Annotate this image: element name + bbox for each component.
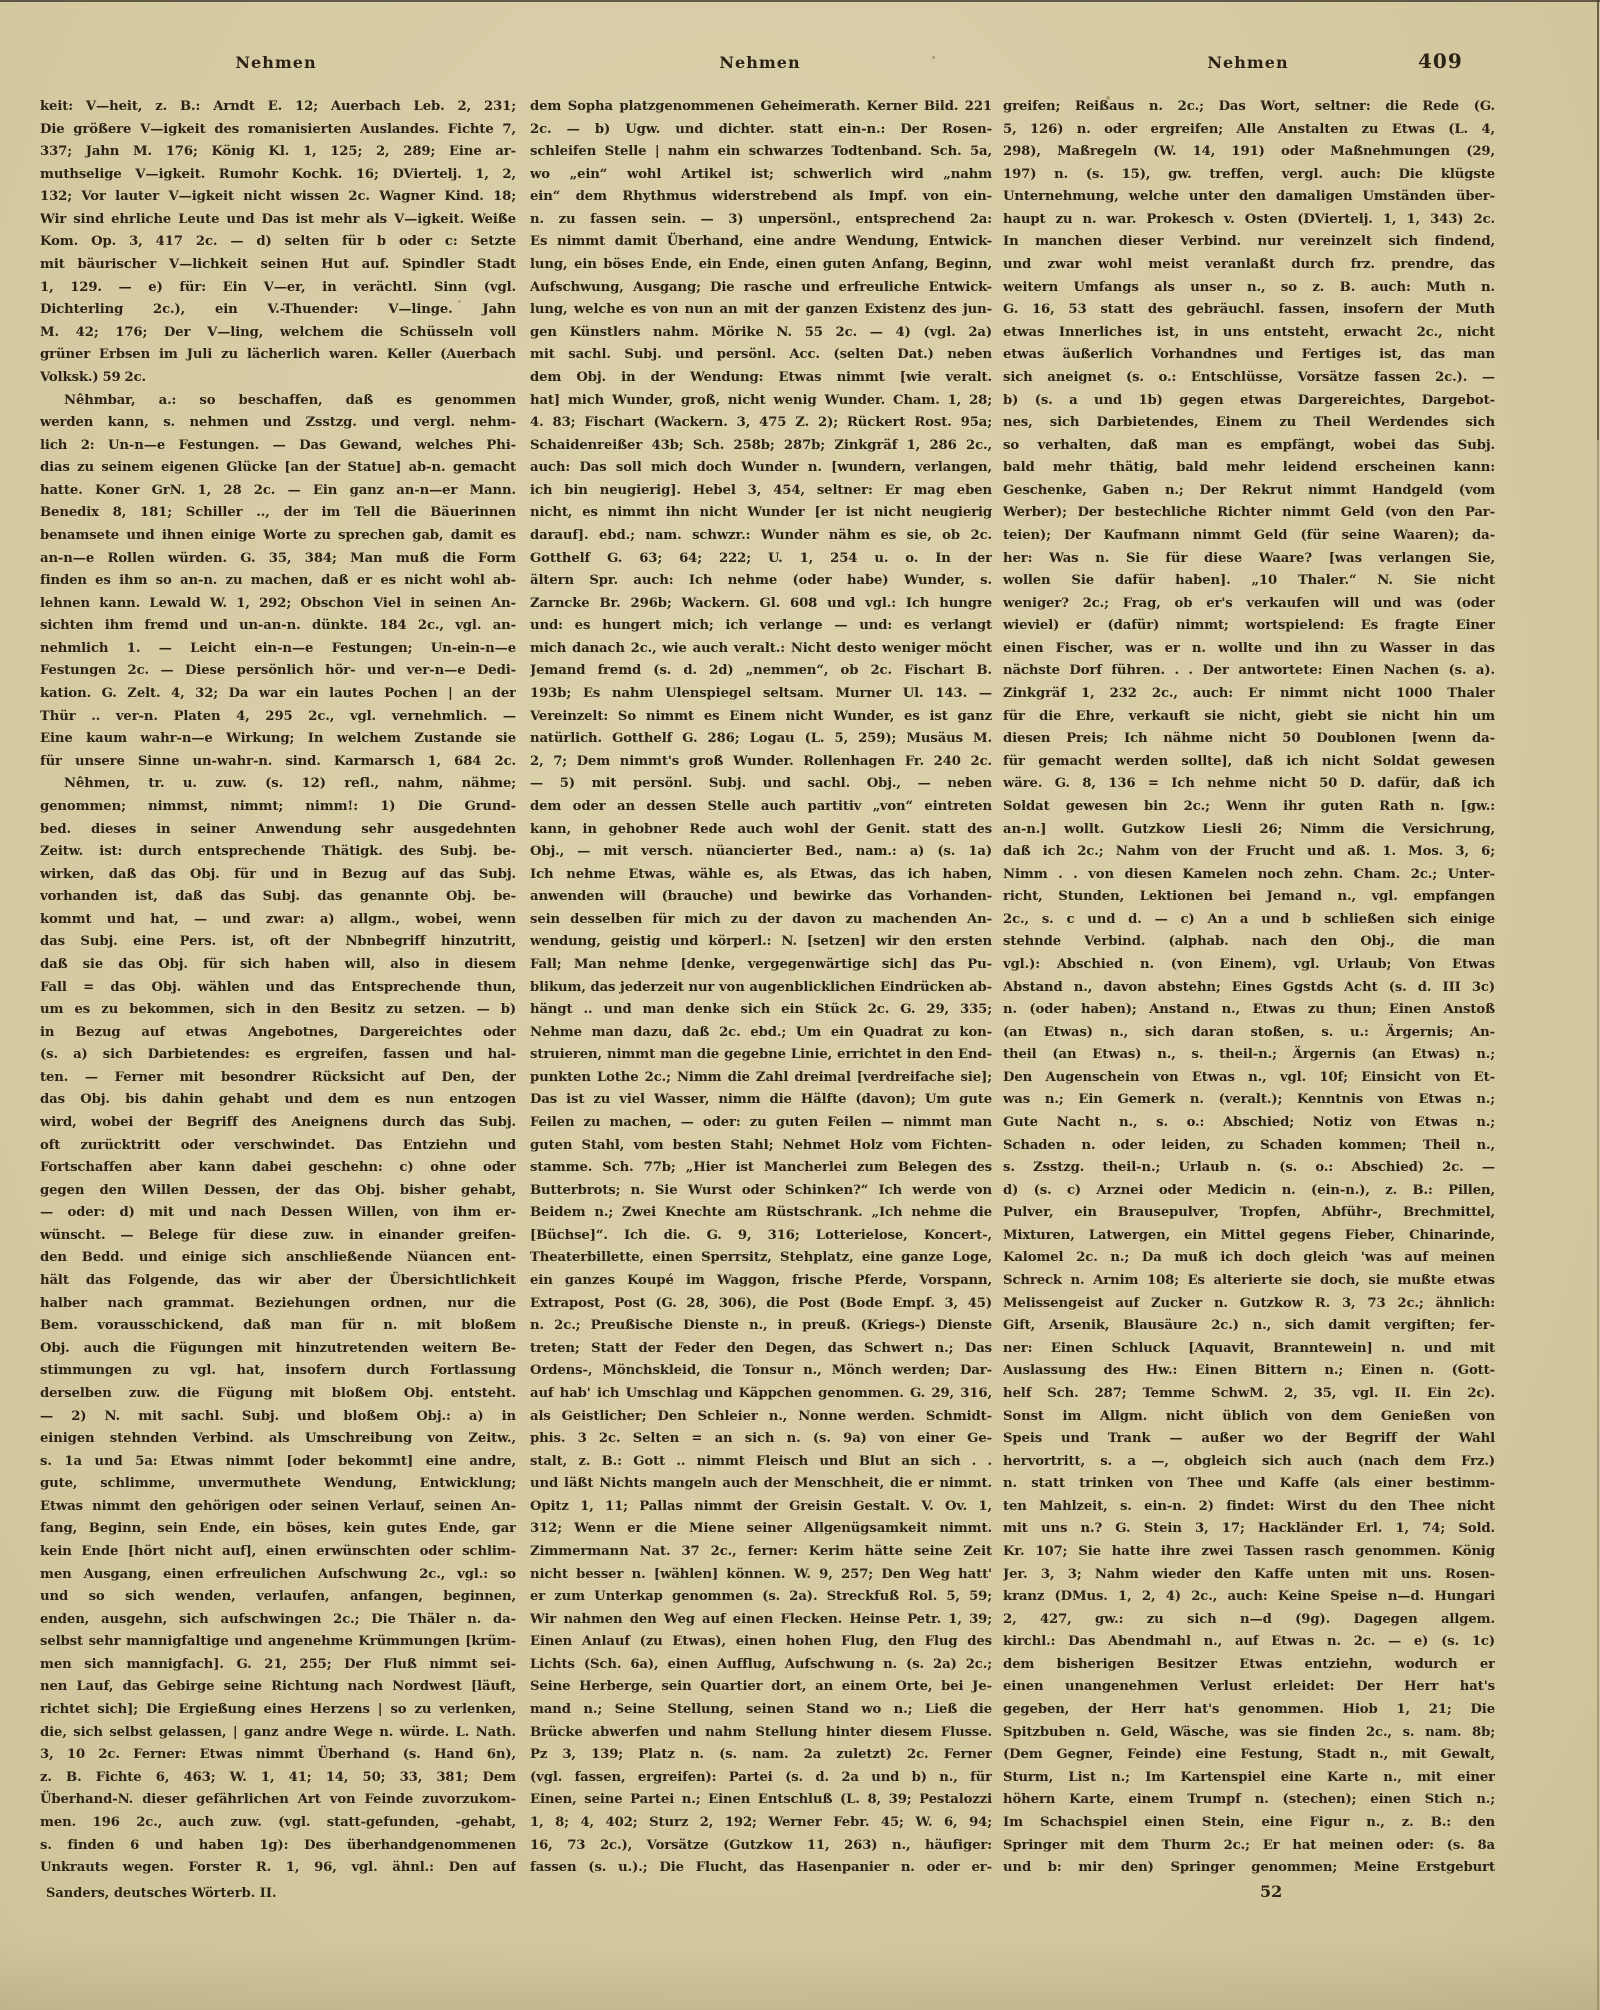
text-line: (an Etwas) n., sich daran stoßen, s. u.:… bbox=[1003, 1022, 1495, 1045]
text-line: Auslassung des Hw.: Einen Bittern n.; Ei… bbox=[1003, 1360, 1495, 1383]
text-line: Schaidenreißer 43b; Sch. 258b; 287b; Zin… bbox=[530, 435, 992, 458]
text-line: kein Ende [hört nicht auf], einen erwüns… bbox=[40, 1541, 516, 1564]
text-line: mit bäurischer V—lichkeit seinen Hut auf… bbox=[40, 254, 516, 277]
text-line: teien); Der Kaufmann nimmt Geld (für sei… bbox=[1003, 525, 1495, 548]
text-column-1: keit: V—heit, z. B.: Arndt E. 12; Auerba… bbox=[40, 96, 516, 1880]
text-line: oft zurücktritt oder verschwindet. Das E… bbox=[40, 1135, 516, 1158]
text-line: guten Stahl, vom besten Stahl; Nehmet Ho… bbox=[530, 1135, 992, 1158]
text-line: und läßt Nichts mangeln auch der Menschh… bbox=[530, 1473, 992, 1496]
text-line: z. B. Fichte 6, 463; W. 1, 41; 14, 50; 3… bbox=[40, 1767, 516, 1790]
text-line: 2, 427, gw.: zu sich n—d (9g). Dagegen a… bbox=[1003, 1609, 1495, 1632]
text-line: lung, ein böses Ende, ein Ende, einen gu… bbox=[530, 254, 992, 277]
text-line: Pulver, ein Brausepulver, Tropfen, Abfüh… bbox=[1003, 1202, 1495, 1225]
text-line: so verhalten, daß man es empfängt, wobei… bbox=[1003, 435, 1495, 458]
text-line: dem Sopha platzgenommenen Geheimerath. K… bbox=[530, 96, 992, 119]
text-line: anwenden will (brauche) und bewirke das … bbox=[530, 886, 992, 909]
text-line: enden, ausgehn, sich aufschwingen 2c.; D… bbox=[40, 1609, 516, 1632]
text-line: blikum, das jederzeit nur von augenblick… bbox=[530, 977, 992, 1000]
text-line: men Ausgang, einen erfreulichen Aufschwu… bbox=[40, 1564, 516, 1587]
text-line: für unsere Sinne un-wahr-n. sind. Karmar… bbox=[40, 751, 516, 774]
text-line: n. statt trinken von Thee und Kaffe (als… bbox=[1003, 1473, 1495, 1496]
text-line: s. 1a und 5a: Etwas nimmt [oder bekommt]… bbox=[40, 1451, 516, 1474]
text-line: 1, 8; 4, 402; Sturz 2, 192; Werner Febr.… bbox=[530, 1812, 992, 1835]
text-line: auf hab' ich Umschlag und Käppchen genom… bbox=[530, 1383, 992, 1406]
text-line: hervortritt, s. a —, obgleich sich auch … bbox=[1003, 1451, 1495, 1474]
footer-sheet-number: 52 bbox=[1260, 1882, 1282, 1901]
text-line: hatte. Koner GrN. 1, 28 2c. — Ein ganz a… bbox=[40, 480, 516, 503]
text-line: Gift, Arsenik, Blausäure 2c.) n., sich d… bbox=[1003, 1315, 1495, 1338]
text-line: Dichterling 2c.), ein V.-Thuender: V—lin… bbox=[40, 299, 516, 322]
text-line: und b: mir den) Springer genommen; Meine… bbox=[1003, 1857, 1495, 1880]
text-line: punkten Lothe 2c.; Nimm die Zahl dreimal… bbox=[530, 1067, 992, 1090]
text-line: als Geistlicher; Den Schleier n., Nonne … bbox=[530, 1406, 992, 1429]
text-line: (s. a) sich Darbietendes: es ergreifen, … bbox=[40, 1044, 516, 1067]
text-line: darauf]. ebd.; nam. schwzr.: Wunder nähm… bbox=[530, 525, 992, 548]
text-line: Zarncke Br. 296b; Wackern. Gl. 608 und v… bbox=[530, 593, 992, 616]
text-line: M. 42; 176; Der V—ling, welchem die Schü… bbox=[40, 322, 516, 345]
text-line: kann, in gehobner Rede auch wohl der Gen… bbox=[530, 819, 992, 842]
text-line: den Bedd. und einige sich anschließende … bbox=[40, 1247, 516, 1270]
text-line: sichten ihm fremd und un-an-n. dünkte. 1… bbox=[40, 615, 516, 638]
text-line: kation. G. Zelt. 4, 32; Da war ein laute… bbox=[40, 683, 516, 706]
text-line: richt, Stunden, Lektionen bei Jemand n.,… bbox=[1003, 886, 1495, 909]
text-line: Festungen 2c. — Diese persönlich hör- un… bbox=[40, 660, 516, 683]
text-line: Nehme man dazu, daß 2c. ebd.; Um ein Qua… bbox=[530, 1022, 992, 1045]
text-line: in Bezug auf etwas Angebotnes, Dargereic… bbox=[40, 1022, 516, 1045]
text-line: an-n.] wollt. Gutzkow Liesli 26; Nimm di… bbox=[1003, 819, 1495, 842]
text-line: ich bin neugierig]. Hebel 3, 454, seltne… bbox=[530, 480, 992, 503]
text-line: Wir sind ehrliche Leute und Das ist mehr… bbox=[40, 209, 516, 232]
text-line: treten; Statt der Feder den Degen, das S… bbox=[530, 1338, 992, 1361]
text-line: genommen; nimmst, nimmt; nimm!: 1) Die G… bbox=[40, 796, 516, 819]
text-line: etwas Innerliches ist, in uns entsteht, … bbox=[1003, 322, 1495, 345]
text-line: Speis und Trank — außer wo der Begriff d… bbox=[1003, 1428, 1495, 1451]
text-line: fang, Beginn, sein Ende, ein böses, kein… bbox=[40, 1518, 516, 1541]
text-line: dem bisherigen Besitzer Etwas entziehn, … bbox=[1003, 1654, 1495, 1677]
text-line: 2c., s. c und d. — c) An a und b schließ… bbox=[1003, 909, 1495, 932]
text-line: Theaterbillette, einen Sperrsitz, Stehpl… bbox=[530, 1247, 992, 1270]
text-line: daß sie das Obj. für sich haben will, al… bbox=[40, 954, 516, 977]
running-title-col1: Nehmen bbox=[235, 53, 316, 72]
text-line: lung, welche es von nun an mit der ganze… bbox=[530, 299, 992, 322]
text-line: [Büchse]“. Ich die. G. 9, 316; Lotteriel… bbox=[530, 1225, 992, 1248]
text-line: Brücke abwerfen und nahm Stellung hinter… bbox=[530, 1722, 992, 1745]
text-line: benamsete und ihnen einige Worte zu spre… bbox=[40, 525, 516, 548]
text-line: Zimmermann Nat. 37 2c., ferner: Kerim hä… bbox=[530, 1541, 992, 1564]
text-line: Den Augenschein von Etwas n., vgl. 10f; … bbox=[1003, 1067, 1495, 1090]
text-line: Benedix 8, 181; Schiller .., der im Tell… bbox=[40, 502, 516, 525]
text-line: vorhanden ist, daß das Subj. das genannt… bbox=[40, 886, 516, 909]
text-line: gute, schlimme, unvermuthete Wendung, En… bbox=[40, 1473, 516, 1496]
text-line: fassen (s. u.).; Die Flucht, das Hasenpa… bbox=[530, 1857, 992, 1880]
text-line: nen Lauf, das Gebirge seine Richtung nac… bbox=[40, 1676, 516, 1699]
text-line: Butterbrots; n. Sie Wurst oder Schinken?… bbox=[530, 1180, 992, 1203]
text-line: Seine Herberge, sein Quartier dort, an e… bbox=[530, 1676, 992, 1699]
text-line: Kom. Op. 3, 417 2c. — d) selten für b od… bbox=[40, 231, 516, 254]
text-line: men. 196 2c., auch zuw. (vgl. statt-gefu… bbox=[40, 1812, 516, 1835]
text-line: einigen stehnden Verbind. als Umschreibu… bbox=[40, 1428, 516, 1451]
text-line: (Dem Gegner, Feinde) eine Festung, Stadt… bbox=[1003, 1744, 1495, 1767]
text-line: struieren, nimmt man die gegebne Linie, … bbox=[530, 1044, 992, 1067]
text-line: Nêhmen, tr. u. zuw. (s. 12) refl., nahm,… bbox=[40, 773, 516, 796]
text-line: und: es hungert mich; ich verlange — und… bbox=[530, 615, 992, 638]
text-line: das Obj. bis dahin gehabt und dem es nun… bbox=[40, 1089, 516, 1112]
text-line: Zinkgräf 1, 232 2c., auch: Er nimmt nich… bbox=[1003, 683, 1495, 706]
text-line: 5, 126) n. oder ergreifen; Alle Anstalte… bbox=[1003, 119, 1495, 142]
text-line: Einen, seine Partei n.; Einen Entschluß … bbox=[530, 1789, 992, 1812]
text-line: Unternehmung, welche unter den damaligen… bbox=[1003, 186, 1495, 209]
text-line: für gemacht werden sollte], daß ich nich… bbox=[1003, 751, 1495, 774]
text-line: 132; Vor lauter V—igkeit nicht wissen 2c… bbox=[40, 186, 516, 209]
text-line: und zwar wohl meist veranlaßt durch frz.… bbox=[1003, 254, 1495, 277]
text-line: Soldat gewesen bin 2c.; Wenn ihr guten R… bbox=[1003, 796, 1495, 819]
text-line: lich 2: Un-n—e Festungen. — Das Gewand, … bbox=[40, 435, 516, 458]
text-line: Springer mit dem Thurm 2c.; Er hat meine… bbox=[1003, 1835, 1495, 1858]
text-line: selbst sehr mannigfaltige und angenehme … bbox=[40, 1631, 516, 1654]
text-line: Kr. 107; Sie hatte ihre zwei Tassen rasc… bbox=[1003, 1541, 1495, 1564]
text-line: Vereinzelt: So nimmt es Einem nicht Wund… bbox=[530, 706, 992, 729]
text-line: Unkrauts wegen. Forster R. 1, 96, vgl. ä… bbox=[40, 1857, 516, 1880]
text-line: 1, 129. — e) für: Ein V—er, in verächtl.… bbox=[40, 277, 516, 300]
text-line: kirchl.: Das Abendmahl n., auf Etwas n. … bbox=[1003, 1631, 1495, 1654]
text-line: gegen den Willen Dessen, der das Obj. bi… bbox=[40, 1180, 516, 1203]
text-line: 2c. — b) Ugw. und dichter. statt ein-n.:… bbox=[530, 119, 992, 142]
text-line: Mixturen, Latwergen, ein Mittel gegens F… bbox=[1003, 1225, 1495, 1248]
text-line: Melissengeist auf Zucker n. Gutzkow R. 3… bbox=[1003, 1293, 1495, 1316]
page-number: 409 bbox=[1418, 49, 1463, 73]
text-line: um es zu bekommen, sich in den Besitz zu… bbox=[40, 999, 516, 1022]
text-line: mit sachl. Subj. und persönl. Acc. (selt… bbox=[530, 344, 992, 367]
text-line: mit uns n.? G. Stein 3, 17; Hackländer E… bbox=[1003, 1518, 1495, 1541]
text-line: ältern Spr. auch: Ich nehme (oder habe) … bbox=[530, 570, 992, 593]
text-line: 16, 73 2c.), Vorsätze (Gutzkow 11, 263) … bbox=[530, 1835, 992, 1858]
text-line: d) (s. c) Arznei oder Medicin n. (ein-n.… bbox=[1003, 1180, 1495, 1203]
text-line: ein“ dem Rhythmus widerstrebend als Impf… bbox=[530, 186, 992, 209]
text-line: Schaden n. oder leiden, zu Schaden komme… bbox=[1003, 1135, 1495, 1158]
text-line: auch: Das soll mich doch Wunder n. [wund… bbox=[530, 457, 992, 480]
text-line: wollen Sie dafür haben]. „10 Thaler.“ N.… bbox=[1003, 570, 1495, 593]
text-line: In manchen dieser Verbind. nur vereinzel… bbox=[1003, 231, 1495, 254]
text-line: stimmungen zu vgl. hat, insofern durch F… bbox=[40, 1360, 516, 1383]
text-line: einen unangenehmen Verlust erleidet: Der… bbox=[1003, 1676, 1495, 1699]
text-line: Ich nehme Etwas, wähle es, als Etwas, da… bbox=[530, 864, 992, 887]
text-line: muthselige V—igkeit. Rumohr Kochk. 16; D… bbox=[40, 164, 516, 187]
text-line: wirken, daß das Obj. für und in Bezug au… bbox=[40, 864, 516, 887]
text-line: hat] mich Wunder, groß, nicht wenig Wund… bbox=[530, 390, 992, 413]
text-line: n. 2c.; Preußische Dienste n., in preuß.… bbox=[530, 1315, 992, 1338]
text-line: — 2) N. mit sachl. Subj. und bloßem Obj.… bbox=[40, 1406, 516, 1429]
text-line: wo „ein“ wohl Artikel ist; schwerlich wi… bbox=[530, 164, 992, 187]
text-line: helf Sch. 287; Temme SchwM. 2, 35, vgl. … bbox=[1003, 1383, 1495, 1406]
text-line: diesen Preis; Ich nähme nicht 50 Doublon… bbox=[1003, 728, 1495, 751]
text-line: s. Zsstzg. theil-n.; Urlaub n. (s. o.: A… bbox=[1003, 1157, 1495, 1180]
text-line: Fortschaffen aber kann dabei geschehn: c… bbox=[40, 1157, 516, 1180]
text-line: daß ich 2c.; Nahm von der Frucht und aß.… bbox=[1003, 841, 1495, 864]
text-line: dias zu seinem eigenen Glücke [an der St… bbox=[40, 457, 516, 480]
text-line: stalt, z. B.: Gott .. nimmt Fleisch und … bbox=[530, 1451, 992, 1474]
text-line: Abstand n., davon abstehn; Eines Ggstds … bbox=[1003, 977, 1495, 1000]
text-line: keit: V—heit, z. B.: Arndt E. 12; Auerba… bbox=[40, 96, 516, 119]
text-line: hängt .. und man denke sich ein Stück 2c… bbox=[530, 999, 992, 1022]
text-line: nächste Dorf führen. . . Der antwortete:… bbox=[1003, 660, 1495, 683]
scan-edge-top-line bbox=[0, 0, 1600, 2]
text-line: natürlich. Gotthelf G. 286; Logau (L. 5,… bbox=[530, 728, 992, 751]
text-line: richtet sich]; Die Ergießung eines Herze… bbox=[40, 1699, 516, 1722]
text-line: Obj., — mit versch. nüancierter Bed., na… bbox=[530, 841, 992, 864]
text-line: er zum Unterkap genommen (s. 2a). Streck… bbox=[530, 1586, 992, 1609]
text-line: nes, sich Darbietendes, Einem zu Theil W… bbox=[1003, 412, 1495, 435]
text-line: Lichts (Sch. 6a), einen Aufflug, Aufschw… bbox=[530, 1654, 992, 1677]
text-line: ten Mahlzeit, s. ein-n. 2) findet: Wirst… bbox=[1003, 1496, 1495, 1519]
text-line: Schreck n. Arnim 108; Es alterierte sie … bbox=[1003, 1270, 1495, 1293]
text-line: Obj. auch die Fügungen mit hinzutretende… bbox=[40, 1338, 516, 1361]
text-line: Extrapost, Post (G. 28, 306), die Post (… bbox=[530, 1293, 992, 1316]
text-line: grüner Erbsen im Juli zu lächerlich ware… bbox=[40, 344, 516, 367]
text-line: 312; Wenn er die Miene seiner Allgenügsa… bbox=[530, 1518, 992, 1541]
text-line: mand n.; Seine Stellung, seinen Stand wo… bbox=[530, 1699, 992, 1722]
text-line: Nimm . . von diesen Kamelen noch zehn. C… bbox=[1003, 864, 1495, 887]
text-line: men sich mannigfach]. G. 21, 255; Der Fl… bbox=[40, 1654, 516, 1677]
text-line: Fall = das Obj. wählen und das Entsprech… bbox=[40, 977, 516, 1000]
text-column-2: dem Sopha platzgenommenen Geheimerath. K… bbox=[530, 96, 992, 1880]
text-line: etwas äußerlich Vorhandnes und Fertiges … bbox=[1003, 344, 1495, 367]
text-line: weitern Umfangs als unser n., so z. B. a… bbox=[1003, 277, 1495, 300]
text-line: Jemand fremd (s. d. 2d) „nemmen“, ob 2c.… bbox=[530, 660, 992, 683]
text-line: nicht, es nimmt ihn nicht Wunder [er ist… bbox=[530, 502, 992, 525]
text-line: 298), Maßregeln (W. 14, 191) oder Maßneh… bbox=[1003, 141, 1495, 164]
text-line: Ordens-, Mönchskleid, die Tonsur n., Mön… bbox=[530, 1360, 992, 1383]
text-line: 337; Jahn M. 176; König Kl. 1, 125; 2, 2… bbox=[40, 141, 516, 164]
text-line: Es nimmt damit Überhand, eine andre Wend… bbox=[530, 231, 992, 254]
text-line: Pz 3, 139; Platz n. (s. nam. 2a zuletzt)… bbox=[530, 1744, 992, 1767]
text-line: wendung, geistig und körperl.: N. [setze… bbox=[530, 931, 992, 954]
text-line: Spitzbuben n. Geld, Wäsche, was sie find… bbox=[1003, 1722, 1495, 1745]
text-line: Gute Nacht n., s. o.: Abschied; Notiz vo… bbox=[1003, 1112, 1495, 1135]
text-line: G. 16, 53 statt des gebräuchl. fassen, i… bbox=[1003, 299, 1495, 322]
text-line: und so sich wenden, verlaufen, anfangen,… bbox=[40, 1586, 516, 1609]
text-line: wünscht. — Belege für diese zuw. in eina… bbox=[40, 1225, 516, 1248]
text-line: b) (s. a und 1b) gegen etwas Dargereicht… bbox=[1003, 390, 1495, 413]
text-line: n. (oder haben); Anstand n., Etwas zu th… bbox=[1003, 999, 1495, 1022]
text-line: Überhand-N. dieser gefährlichen Art von … bbox=[40, 1789, 516, 1812]
footer-signature: Sanders, deutsches Wörterb. II. bbox=[46, 1886, 276, 1901]
text-line: s. finden 6 und haben 1g): Des überhandg… bbox=[40, 1835, 516, 1858]
text-line: Jer. 3, 3; Nahm wieder den Kaffe unten m… bbox=[1003, 1564, 1495, 1587]
text-line: Einen Anlauf (zu Etwas), einen hohen Flu… bbox=[530, 1631, 992, 1654]
text-line: für die Ehre, verkauft sie nicht, giebt … bbox=[1003, 706, 1495, 729]
text-line: ein ganzes Koupé im Waggon, frische Pfer… bbox=[530, 1270, 992, 1293]
text-line: 197) n. (s. 15), gw. treffen, vergl. auc… bbox=[1003, 164, 1495, 187]
text-line: 193b; Es nahm Ulenspiegel seltsam. Murne… bbox=[530, 683, 992, 706]
text-line: Werber); Der bestechliche Richter nimmt … bbox=[1003, 502, 1495, 525]
text-line: n. zu fassen sein. — 3) unpersönl., ents… bbox=[530, 209, 992, 232]
text-line: kommt und hat, — und zwar: a) allgm., wo… bbox=[40, 909, 516, 932]
text-line: was n.; Ein Gemerk n. (veralt.); Kenntni… bbox=[1003, 1089, 1495, 1112]
text-line: Geschenke, Gaben n.; Der Rekrut nimmt Ha… bbox=[1003, 480, 1495, 503]
text-line: mich danach 2c., wie auch veralt.: Nicht… bbox=[530, 638, 992, 661]
text-line: bed. dieses in seiner Anwendung sehr aus… bbox=[40, 819, 516, 842]
text-line: Sturm, List n.; Im Kartenspiel eine Kart… bbox=[1003, 1767, 1495, 1790]
text-line: dem oder an dessen Stelle auch partitiv … bbox=[530, 796, 992, 819]
text-line: sein desselben für mich zu der davon zu … bbox=[530, 909, 992, 932]
text-line: Im Schachspiel einen Stein, eine Figur n… bbox=[1003, 1812, 1495, 1835]
text-line: lehnen kann. Lewald W. 1, 292; Obschon V… bbox=[40, 593, 516, 616]
text-line: greifen; Reißaus n. 2c.; Das Wort, seltn… bbox=[1003, 96, 1495, 119]
text-line: Bem. vorausschickend, daß man für n. mit… bbox=[40, 1315, 516, 1338]
text-line: Wir nahmen den Weg auf einen Flecken. He… bbox=[530, 1609, 992, 1632]
text-line: nicht besser n. [wählen] können. W. 9, 2… bbox=[530, 1564, 992, 1587]
text-line: wieviel) er (dafür) nimmt; wortspielend:… bbox=[1003, 615, 1495, 638]
text-line: finden es ihm so an-n. zu machen, daß er… bbox=[40, 570, 516, 593]
running-title-col2: Nehmen bbox=[719, 53, 800, 72]
text-line: gen Künstlers nahm. Mörike N. 55 2c. — 4… bbox=[530, 322, 992, 345]
scan-bottom-shade bbox=[0, 1940, 1600, 2010]
text-line: Kalomel 2c. n.; Da muß ich doch gleich '… bbox=[1003, 1247, 1495, 1270]
text-line: 4. 83; Fischart (Wackern. 3, 475 Z. 2); … bbox=[530, 412, 992, 435]
text-line: 3, 10 2c. Ferner: Etwas nimmt Überhand (… bbox=[40, 1744, 516, 1767]
text-line: schleifen Stelle | nahm ein schwarzes To… bbox=[530, 141, 992, 164]
text-line: Beidem n.; Zwei Knechte am Rüstschrank. … bbox=[530, 1202, 992, 1225]
text-column-3: greifen; Reißaus n. 2c.; Das Wort, seltn… bbox=[1003, 96, 1495, 1880]
text-line: Sonst im Allgm. nicht üblich von dem Gen… bbox=[1003, 1406, 1495, 1429]
text-line: einen Fischer, was er n. wollte und ihn … bbox=[1003, 638, 1495, 661]
text-line: wäre. G. 8, 136 = Ich nehme nicht 50 D. … bbox=[1003, 773, 1495, 796]
text-line: Opitz 1, 11; Pallas nimmt der Greisin Ge… bbox=[530, 1496, 992, 1519]
text-line: ner: Einen Schluck [Aquavit, Branntewein… bbox=[1003, 1338, 1495, 1361]
text-line: haupt zu n. war. Prokesch v. Osten (DVie… bbox=[1003, 209, 1495, 232]
dictionary-page-scan: Nehmen Nehmen Nehmen 409 keit: V—heit, z… bbox=[0, 0, 1600, 2010]
text-line: bald mehr thätig, bald mehr leidend ersc… bbox=[1003, 457, 1495, 480]
text-line: sich aneignet (s. o.: Entschlüsse, Vorsä… bbox=[1003, 367, 1495, 390]
text-line: Feilen zu machen, — oder: zu guten Feile… bbox=[530, 1112, 992, 1135]
text-line: Volksk.) 59 2c. bbox=[40, 367, 516, 390]
text-line: an-n—e Rollen würden. G. 35, 384; Man mu… bbox=[40, 548, 516, 571]
running-title-col3: Nehmen bbox=[1207, 53, 1288, 72]
scan-edge-right-line-dark bbox=[1597, 0, 1599, 440]
text-line: Nêhmbar, a.: so beschaffen, daß es genom… bbox=[40, 390, 516, 413]
text-line: theil (an Etwas) n., s. theil-n.; Ärgern… bbox=[1003, 1044, 1495, 1067]
text-line: Zeitw. ist: durch entsprechende Thätigk.… bbox=[40, 841, 516, 864]
text-line: — oder: d) mit und nach Dessen Willen, v… bbox=[40, 1202, 516, 1225]
text-line: Eine kaum wahr-n—e Wirkung; In welchem Z… bbox=[40, 728, 516, 751]
text-line: Aufschwung, Ausgang; Die rasche und erfr… bbox=[530, 277, 992, 300]
text-line: Die größere V—igkeit des romanisierten A… bbox=[40, 119, 516, 142]
text-line: Etwas nimmt den gehörigen oder seinen Ve… bbox=[40, 1496, 516, 1519]
text-line: — 5) mit persönl. Subj. und sachl. Obj.,… bbox=[530, 773, 992, 796]
text-line: werden kann, s. nehmen und Zsstzg. und v… bbox=[40, 412, 516, 435]
text-line: her: Was n. Sie für diese Waare? [was ve… bbox=[1003, 548, 1495, 571]
text-line: stehnde Verbind. (alphab. nach den Obj.,… bbox=[1003, 931, 1495, 954]
text-line: Fall; Man nehme [denke, vergegenwärtige … bbox=[530, 954, 992, 977]
text-line: kranz (DMus. 1, 2, 4) 2c., auch: Keine S… bbox=[1003, 1586, 1495, 1609]
text-line: die, sich selbst gelassen, | ganz andre … bbox=[40, 1722, 516, 1745]
text-line: (vgl. fassen, ergreifen): Partei (s. d. … bbox=[530, 1767, 992, 1790]
text-line: 2, 7; Dem nimmt's groß Wunder. Rollenhag… bbox=[530, 751, 992, 774]
text-line: Das ist zu viel Wasser, nimm die Hälfte … bbox=[530, 1089, 992, 1112]
text-line: Gotthelf G. 63; 64; 222; U. 1, 254 u. o.… bbox=[530, 548, 992, 571]
text-line: halber nach grammat. Beziehungen ordnen,… bbox=[40, 1293, 516, 1316]
text-line: Thür .. ver-n. Platen 4, 295 2c., vgl. v… bbox=[40, 706, 516, 729]
text-line: nehmlich 1. — Leicht ein-n—e Festungen; … bbox=[40, 638, 516, 661]
paper-speck bbox=[932, 56, 935, 59]
text-line: das Subj. eine Pers. ist, oft der Nbnbeg… bbox=[40, 931, 516, 954]
text-line: dem Obj. in der Wendung: Etwas nimmt [wi… bbox=[530, 367, 992, 390]
text-line: weniger? 2c.; Frag, ob er's verkaufen wi… bbox=[1003, 593, 1495, 616]
text-line: hält das Folgende, das wir aber der Über… bbox=[40, 1270, 516, 1293]
text-line: derselben zuw. die Fügung mit bloßem Obj… bbox=[40, 1383, 516, 1406]
text-line: phis. 3 2c. Selten = an sich n. (s. 9a) … bbox=[530, 1428, 992, 1451]
text-line: vgl.): Abschied n. (von Einem), vgl. Url… bbox=[1003, 954, 1495, 977]
text-line: wird, wobei der Begriff des Aneignens du… bbox=[40, 1112, 516, 1135]
text-line: höhern Karte, einem Trumpf n. (stechen);… bbox=[1003, 1789, 1495, 1812]
text-line: ten. — Ferner mit besondrer Rücksicht au… bbox=[40, 1067, 516, 1090]
text-line: gegeben, der Herr hat's genommen. Hiob 1… bbox=[1003, 1699, 1495, 1722]
text-line: stamme. Sch. 77b; „Hier ist Mancherlei z… bbox=[530, 1157, 992, 1180]
